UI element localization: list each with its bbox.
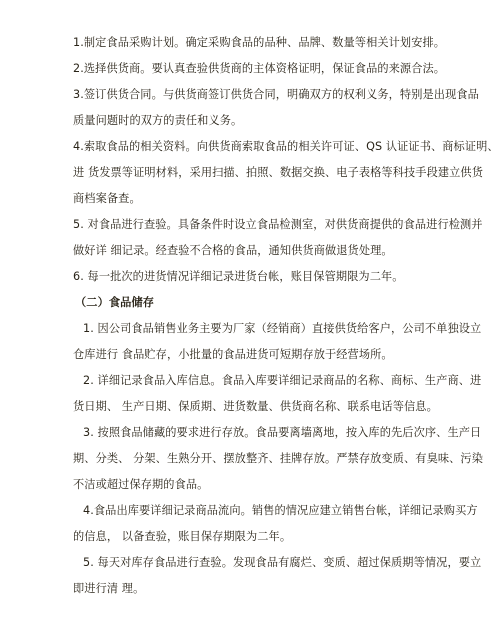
storage-item-4-cont: 的信息， 以备查验，账目保存期限为二年。	[73, 530, 291, 544]
procurement-item-5-cont: 做好详 细记录。经查验不合格的食品，通知供货商做退货处理。	[73, 244, 393, 258]
procurement-item-4-cont2: 商档案备查。	[73, 192, 141, 206]
storage-item-5-cont: 即进行清 理。	[73, 582, 144, 596]
storage-item-2: 2. 详细记录食品入库信息。食品入库要详细记录商品的名称、商标、生产商、进	[83, 374, 481, 388]
procurement-item-4: 4.索取食品的相关资料。向供货商索取食品的相关许可证、QS 认证证书、商标证明、	[73, 140, 499, 154]
storage-item-3-cont: 期、分类、 分架、生熟分开、摆放整齐、挂牌存放。严禁存放变质、有臭味、污染	[73, 452, 483, 466]
storage-item-5: 5. 每天对库存食品进行查验。发现食品有腐烂、变质、超过保质期等情况，要立	[83, 556, 481, 570]
storage-item-4: 4.食品出库要详细记录商品流向。销售的情况应建立销售台帐，详细记录购买方	[83, 504, 478, 518]
section-heading: （二）食品储存	[75, 296, 154, 310]
procurement-item-4-cont: 进 货发票等证明材料，采用扫描、拍照、数据交换、电子表格等科技手段建立供货	[73, 166, 483, 180]
procurement-item-3: 3.签订供货合同。与供货商签订供货合同，明确双方的权利义务，特别是出现食品	[73, 88, 479, 102]
storage-item-3: 3. 按照食品储藏的要求进行存放。食品要离墙离地，按入库的先后次序、生产日	[83, 426, 481, 440]
procurement-item-5: 5. 对食品进行查验。具备条件时设立食品检测室，对供货商提供的食品进行检测并	[73, 218, 483, 232]
storage-item-1: 1. 因公司食品销售业务主要为厂家（经销商）直接供货给客户，公司不单独设立	[83, 322, 481, 336]
procurement-item-2: 2.选择供货商。要认真查验供货商的主体资格证明，保证食品的来源合法。	[73, 62, 445, 76]
storage-item-1-cont: 仓库进行 食品贮存，小批量的食品进货可短期存放于经营场所。	[73, 348, 393, 362]
procurement-item-1: 1.制定食品采购计划。确定采购食品的品种、品牌、数量等相关计划安排。	[73, 36, 445, 50]
storage-item-3-cont2: 不洁或超过保存期的食品。	[73, 478, 208, 492]
procurement-item-6: 6. 每一批次的进货情况详细记录进货台帐，账目保管期限为二年。	[73, 270, 404, 284]
procurement-item-3-cont: 质量问题时的双方的责任和义务。	[73, 114, 242, 128]
storage-item-2-cont: 货日期、 生产日期、保质期、进货数量、供货商名称、联系电话等信息。	[73, 400, 438, 414]
